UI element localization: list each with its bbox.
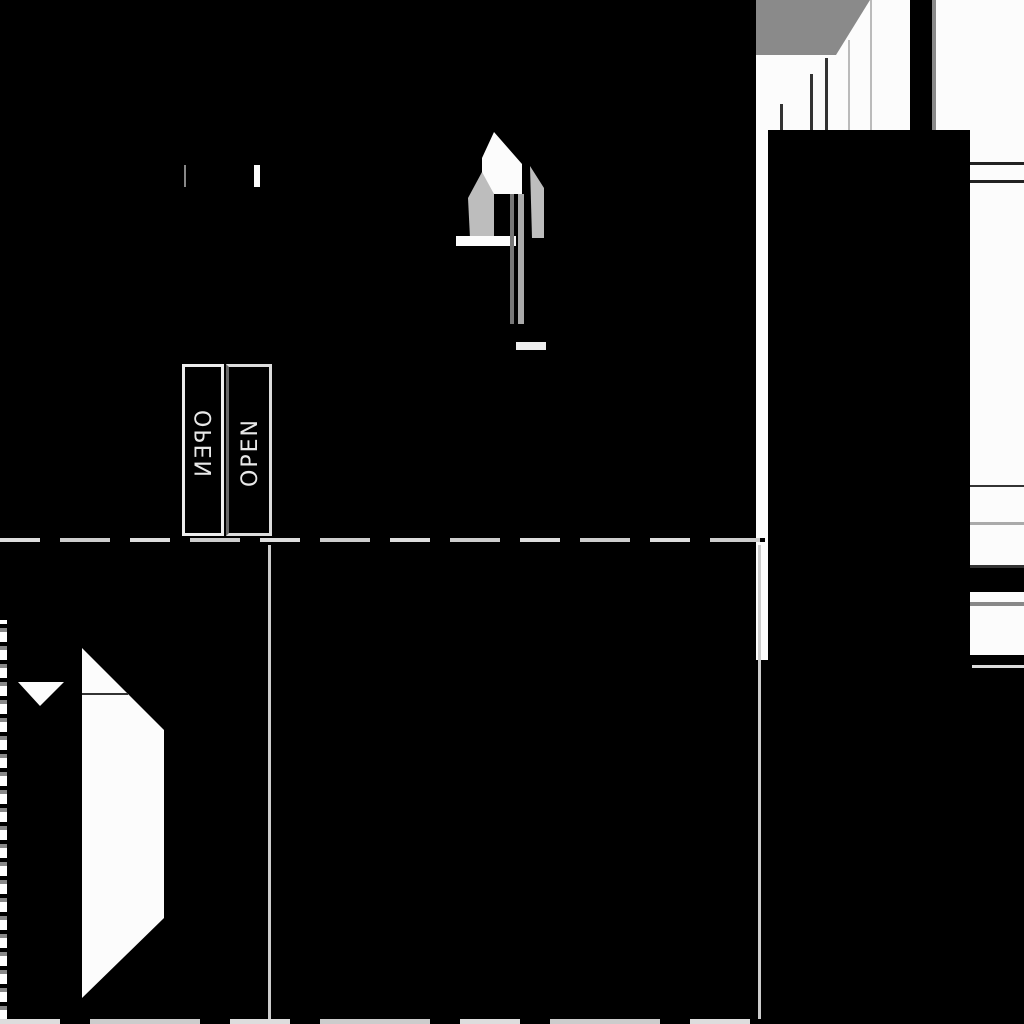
awning-grey-shape <box>756 0 876 60</box>
triangle-marker <box>16 680 66 710</box>
window-line <box>848 40 850 130</box>
shelf-line <box>970 602 1024 606</box>
shelf-line <box>970 485 1024 487</box>
open-sign-text: OPEN <box>238 418 263 487</box>
open-sign-mirrored-text: OPEN <box>192 410 217 479</box>
building-base <box>762 668 1024 1024</box>
shelf-line <box>970 180 1024 183</box>
window-line <box>825 58 828 130</box>
door-frame-line <box>758 545 761 1020</box>
shelf-line <box>970 162 1024 165</box>
shelf-band <box>970 655 1024 665</box>
shelf-line <box>970 522 1024 525</box>
storefront-scene: OPEN OPEN <box>0 0 1024 1024</box>
fixture-mark <box>184 165 186 187</box>
left-edge-strip <box>0 620 7 1020</box>
window-sill <box>0 538 765 542</box>
window-mullion <box>910 0 932 130</box>
shelf-band <box>970 568 1024 592</box>
window-line <box>780 104 783 130</box>
window-line <box>870 0 872 130</box>
window-line <box>810 74 813 130</box>
street-lamp-icon <box>454 128 554 358</box>
fixture-mark <box>254 165 260 187</box>
floor-line <box>0 1019 765 1024</box>
door-frame-line <box>268 545 271 1020</box>
window-mullion-edge <box>932 0 936 130</box>
door-light-panel <box>80 648 170 1000</box>
